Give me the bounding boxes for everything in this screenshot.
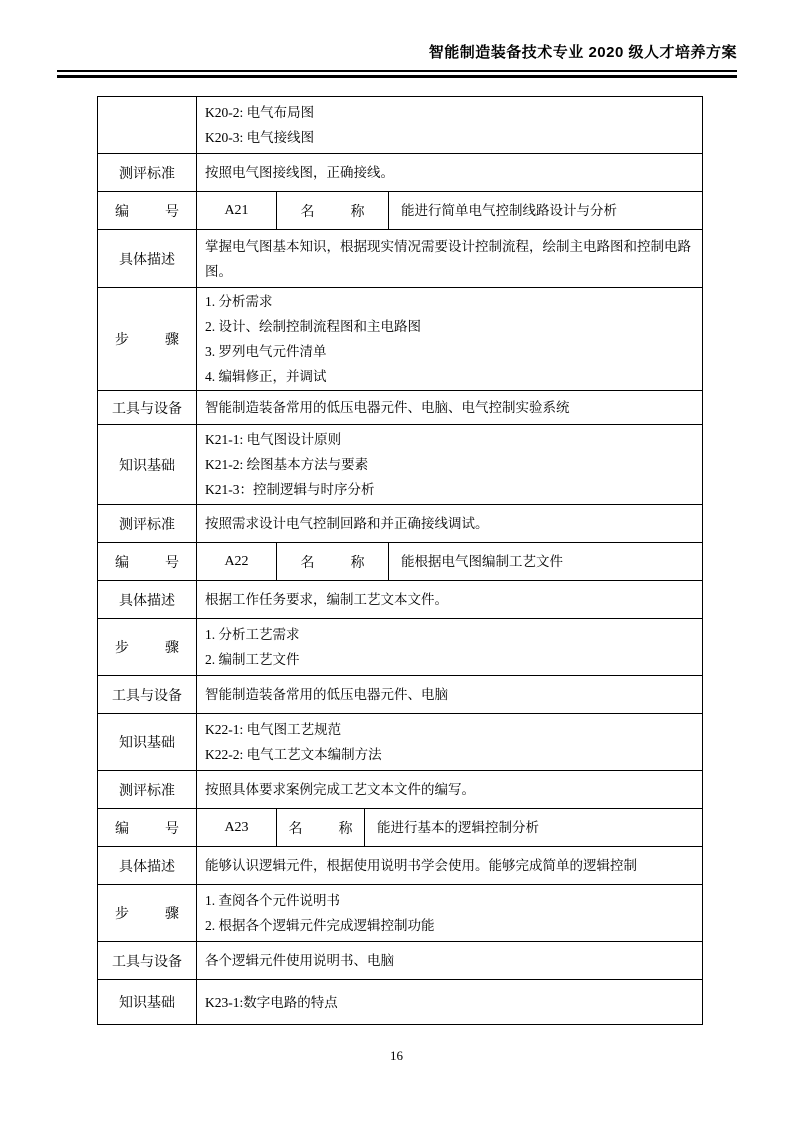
row-content-cell: K21-1: 电气图设计原则 K21-2: 绘图基本方法与要素 K21-3：控制… (197, 425, 702, 504)
table-row-id: 编 号 A22 名 称 能根据电气图编制工艺文件 (98, 543, 702, 581)
content-line: 1. 查阅各个元件说明书 (205, 888, 696, 913)
name-value-cell: 能进行简单电气控制线路设计与分析 (389, 192, 702, 229)
content-line: 能根据电气图编制工艺文件 (401, 549, 696, 574)
row-label-cell: 知识基础 (98, 425, 197, 504)
row-label-cell: 步 骤 (98, 885, 197, 941)
table-row: 知识基础 K22-1: 电气图工艺规范 K22-2: 电气工艺文本编制方法 (98, 714, 702, 771)
content-line: 按照需求设计电气控制回路和并正确接线调试。 (205, 511, 696, 536)
content-line: 能够认识逻辑元件，根据使用说明书学会使用。能够完成简单的逻辑控制 (205, 853, 696, 878)
table-row-id: 编 号 A21 名 称 能进行简单电气控制线路设计与分析 (98, 192, 702, 230)
row-label-cell: 知识基础 (98, 980, 197, 1024)
header-double-rule (57, 70, 737, 78)
row-content-cell: K22-1: 电气图工艺规范 K22-2: 电气工艺文本编制方法 (197, 714, 702, 770)
content-line: 1. 分析需求 (205, 289, 696, 314)
table-row: 工具与设备 各个逻辑元件使用说明书、电脑 (98, 942, 702, 980)
row-content-cell: 智能制造装备常用的低压电器元件、电脑、电气控制实验系统 (197, 391, 702, 424)
row-label-cell: 编 号 (98, 809, 197, 846)
table-row: K20-2: 电气布局图 K20-3: 电气接线图 (98, 97, 702, 154)
content-line: K21-2: 绘图基本方法与要素 (205, 452, 696, 477)
row-content-cell: 1. 分析工艺需求 2. 编制工艺文件 (197, 619, 702, 675)
page-header-title: 智能制造装备技术专业 2020 级人才培养方案 (429, 41, 737, 62)
table-row: 知识基础 K23-1:数字电路的特点 (98, 980, 702, 1024)
row-content-cell: 按照需求设计电气控制回路和并正确接线调试。 (197, 505, 702, 542)
row-label-cell: 编 号 (98, 192, 197, 229)
content-line: K21-1: 电气图设计原则 (205, 427, 696, 452)
row-content-cell: K23-1:数字电路的特点 (197, 980, 702, 1024)
row-label-cell: 步 骤 (98, 288, 197, 390)
content-line: 智能制造装备常用的低压电器元件、电脑、电气控制实验系统 (205, 395, 696, 420)
row-label-cell-empty (98, 97, 197, 153)
content-line: 2. 编制工艺文件 (205, 647, 696, 672)
row-label-cell: 测评标准 (98, 771, 197, 808)
content-line: 4. 编辑修正，并调试 (205, 364, 696, 389)
table-row: 知识基础 K21-1: 电气图设计原则 K21-2: 绘图基本方法与要素 K21… (98, 425, 702, 505)
table-row: 测评标准 按照具体要求案例完成工艺文本文件的编写。 (98, 771, 702, 809)
content-line: 2. 设计、绘制控制流程图和主电路图 (205, 314, 696, 339)
id-code-cell: A21 (197, 192, 277, 229)
skills-table: K20-2: 电气布局图 K20-3: 电气接线图 测评标准 按照电气图接线图，… (97, 96, 703, 1025)
row-label-cell: 工具与设备 (98, 391, 197, 424)
content-line: K20-2: 电气布局图 (205, 100, 696, 125)
row-content-cell: 1. 查阅各个元件说明书 2. 根据各个逻辑元件完成逻辑控制功能 (197, 885, 702, 941)
row-content-cell: 根据工作任务要求，编制工艺文本文件。 (197, 581, 702, 618)
content-line: K23-1:数字电路的特点 (205, 990, 696, 1015)
content-line: 智能制造装备常用的低压电器元件、电脑 (205, 682, 696, 707)
table-row: 具体描述 能够认识逻辑元件，根据使用说明书学会使用。能够完成简单的逻辑控制 (98, 847, 702, 885)
content-line: 各个逻辑元件使用说明书、电脑 (205, 948, 696, 973)
content-line: K22-2: 电气工艺文本编制方法 (205, 742, 696, 767)
content-line: 掌握电气图基本知识，根据现实情况需要设计控制流程，绘制主电路图和控制电路图。 (205, 234, 696, 284)
content-line: K21-3：控制逻辑与时序分析 (205, 477, 696, 502)
content-line: 3. 罗列电气元件清单 (205, 339, 696, 364)
content-line: 根据工作任务要求，编制工艺文本文件。 (205, 587, 696, 612)
content-line: 按照具体要求案例完成工艺文本文件的编写。 (205, 777, 696, 802)
content-line: K22-1: 电气图工艺规范 (205, 717, 696, 742)
row-label-cell: 工具与设备 (98, 676, 197, 713)
row-label-cell: 步 骤 (98, 619, 197, 675)
id-code-cell: A22 (197, 543, 277, 580)
table-row: 测评标准 按照电气图接线图，正确接线。 (98, 154, 702, 192)
name-label-cell: 名 称 (277, 192, 389, 229)
row-label-cell: 测评标准 (98, 154, 197, 191)
row-content-cell: 按照电气图接线图，正确接线。 (197, 154, 702, 191)
name-value-cell: 能根据电气图编制工艺文件 (389, 543, 702, 580)
row-label-cell: 编 号 (98, 543, 197, 580)
name-label-cell: 名 称 (277, 543, 389, 580)
table-row: 具体描述 掌握电气图基本知识，根据现实情况需要设计控制流程，绘制主电路图和控制电… (98, 230, 702, 288)
row-label-cell: 具体描述 (98, 230, 197, 287)
table-row: 步 骤 1. 查阅各个元件说明书 2. 根据各个逻辑元件完成逻辑控制功能 (98, 885, 702, 942)
row-label-cell: 测评标准 (98, 505, 197, 542)
row-label-cell: 知识基础 (98, 714, 197, 770)
table-row: 测评标准 按照需求设计电气控制回路和并正确接线调试。 (98, 505, 702, 543)
document-page: 智能制造装备技术专业 2020 级人才培养方案 K20-2: 电气布局图 K20… (0, 0, 793, 1122)
table-row: 工具与设备 智能制造装备常用的低压电器元件、电脑 (98, 676, 702, 714)
table-row: 具体描述 根据工作任务要求，编制工艺文本文件。 (98, 581, 702, 619)
row-content-cell: 能够认识逻辑元件，根据使用说明书学会使用。能够完成简单的逻辑控制 (197, 847, 702, 884)
row-content-cell: K20-2: 电气布局图 K20-3: 电气接线图 (197, 97, 702, 153)
row-content-cell: 按照具体要求案例完成工艺文本文件的编写。 (197, 771, 702, 808)
id-code-cell: A23 (197, 809, 277, 846)
row-label-cell: 具体描述 (98, 847, 197, 884)
table-row-id: 编 号 A23 名 称 能进行基本的逻辑控制分析 (98, 809, 702, 847)
name-value-cell: 能进行基本的逻辑控制分析 (365, 809, 702, 846)
table-row: 步 骤 1. 分析工艺需求 2. 编制工艺文件 (98, 619, 702, 676)
content-line: 能进行基本的逻辑控制分析 (377, 815, 696, 840)
content-line: 2. 根据各个逻辑元件完成逻辑控制功能 (205, 913, 696, 938)
row-content-cell: 掌握电气图基本知识，根据现实情况需要设计控制流程，绘制主电路图和控制电路图。 (197, 230, 702, 287)
row-content-cell: 各个逻辑元件使用说明书、电脑 (197, 942, 702, 979)
content-line: 能进行简单电气控制线路设计与分析 (401, 198, 696, 223)
table-row: 步 骤 1. 分析需求 2. 设计、绘制控制流程图和主电路图 3. 罗列电气元件… (98, 288, 702, 391)
row-label-cell: 工具与设备 (98, 942, 197, 979)
row-content-cell: 1. 分析需求 2. 设计、绘制控制流程图和主电路图 3. 罗列电气元件清单 4… (197, 288, 702, 390)
row-content-cell: 智能制造装备常用的低压电器元件、电脑 (197, 676, 702, 713)
content-line: 按照电气图接线图，正确接线。 (205, 160, 696, 185)
table-row: 工具与设备 智能制造装备常用的低压电器元件、电脑、电气控制实验系统 (98, 391, 702, 425)
content-line: 1. 分析工艺需求 (205, 622, 696, 647)
name-label-cell: 名 称 (277, 809, 365, 846)
row-label-cell: 具体描述 (98, 581, 197, 618)
page-number: 16 (0, 1048, 793, 1064)
content-line: K20-3: 电气接线图 (205, 125, 696, 150)
